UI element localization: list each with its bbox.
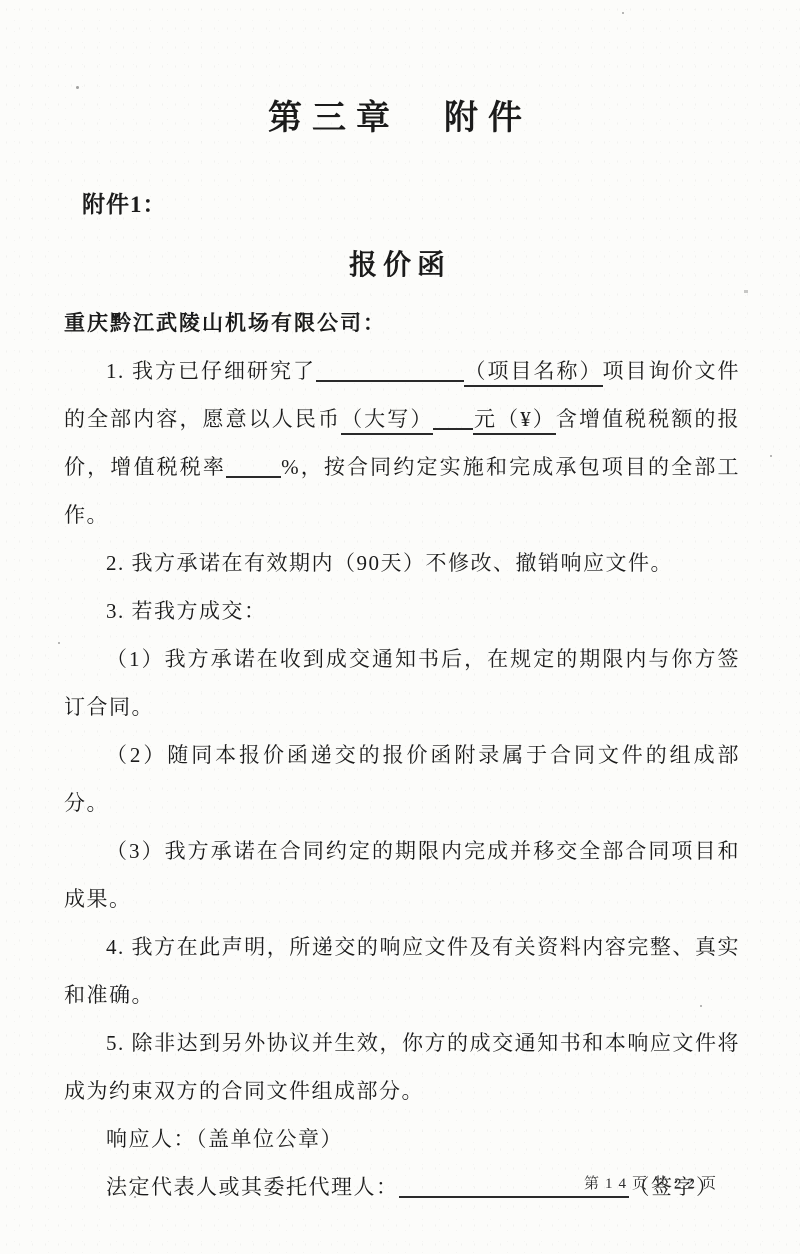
document-title: 报价函	[0, 243, 800, 283]
paragraph-1: 1. 我方已仔细研究了（项目名称）项目询价文件的全部内容，愿意以人民币（大写）元…	[64, 347, 740, 539]
scan-speck	[76, 86, 79, 89]
p1-amount-unit: 元（¥）	[473, 407, 555, 435]
paragraph-5: 5. 除非达到另外协议并生效，你方的成交通知书和本响应文件将成为约束双方的合同文…	[64, 1019, 740, 1115]
scan-speck	[58, 642, 60, 644]
scan-speck	[744, 290, 748, 293]
responder-line: 响应人：（盖单位公章）	[64, 1115, 740, 1163]
scan-speck	[770, 455, 772, 457]
amount-blank	[433, 418, 473, 430]
scan-speck	[622, 12, 624, 14]
scan-speck	[700, 1005, 702, 1007]
p1-amount-words-hint: （大写）	[341, 407, 433, 435]
document-body: 重庆黔江武陵山机场有限公司： 1. 我方已仔细研究了（项目名称）项目询价文件的全…	[64, 299, 740, 1211]
paragraph-3: 3. 若我方成交：	[64, 587, 740, 635]
agent-line-label: 法定代表人或其委托代理人：	[106, 1175, 399, 1199]
p1-text-a: 1. 我方已仔细研究了	[106, 359, 316, 383]
salutation: 重庆黔江武陵山机场有限公司：	[64, 299, 740, 347]
paragraph-3-sub-2: （2）随同本报价函递交的报价函附录属于合同文件的组成部分。	[64, 731, 740, 827]
project-name-blank	[316, 370, 464, 382]
paragraph-3-sub-1: （1）我方承诺在收到成交通知书后，在规定的期限内与你方签订合同。	[64, 635, 740, 731]
paragraph-2: 2. 我方承诺在有效期内（90天）不修改、撤销响应文件。	[64, 539, 740, 587]
scan-speck	[134, 1196, 136, 1198]
scanned-document-page: 第三章 附件 附件1： 报价函 重庆黔江武陵山机场有限公司： 1. 我方已仔细研…	[0, 0, 800, 1254]
p1-project-name-hint: （项目名称）	[464, 359, 603, 387]
attachment-label: 附件1：	[82, 186, 800, 219]
tax-rate-blank	[226, 466, 281, 478]
paragraph-4: 4. 我方在此声明，所递交的响应文件及有关资料内容完整、真实和准确。	[64, 923, 740, 1019]
chapter-title: 第三章 附件	[0, 0, 800, 142]
page-number-footer: 第14页共22页	[584, 1172, 722, 1193]
paragraph-3-sub-3: （3）我方承诺在合同约定的期限内完成并移交全部合同项目和成果。	[64, 827, 740, 923]
